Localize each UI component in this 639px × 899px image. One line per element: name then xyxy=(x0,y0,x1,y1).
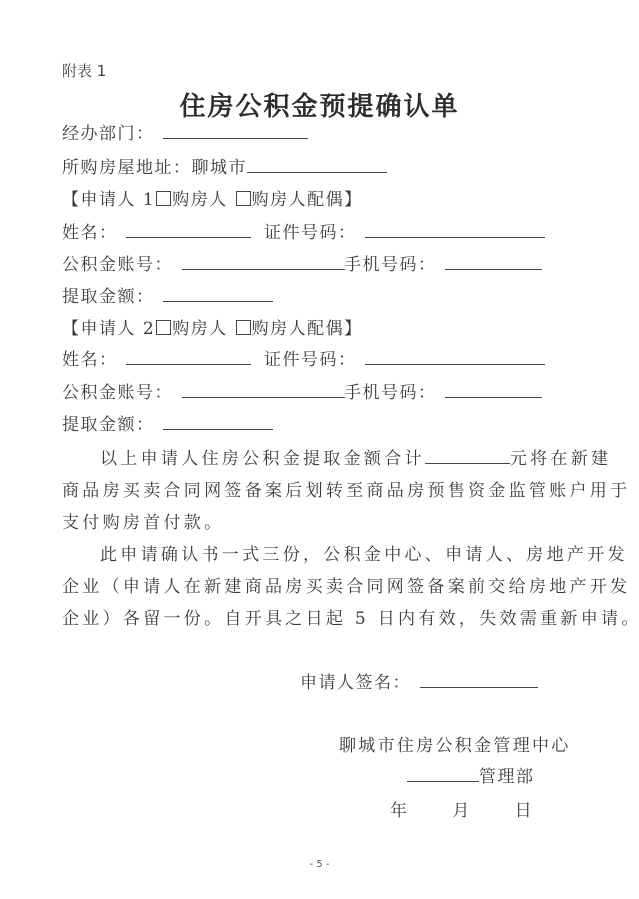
name-field-2[interactable] xyxy=(126,350,251,365)
applicant-1-id-row: 证件号码： xyxy=(264,223,547,243)
applicant-2-id-row: 证件号码： xyxy=(264,350,547,370)
applicant-1-account-row: 公积金账号： xyxy=(62,255,347,275)
name-field-1[interactable] xyxy=(126,223,251,238)
issuer-center: 聊城市住房公积金管理中心 xyxy=(339,736,571,756)
paragraph-validity-line2: 企业（申请人在新建商品房买卖合同网签备案前交给房地产开发 xyxy=(62,571,582,603)
signature-field[interactable] xyxy=(420,673,538,688)
paragraph-transfer-line1: 以上申请人住房公积金提取金额合计元将在新建 xyxy=(62,443,582,475)
paragraph-transfer-line2: 商品房买卖合同网签备案后划转至商品房预售资金监管账户用于 xyxy=(62,475,582,507)
paragraph-validity-line1: 此申请确认书一式三份，公积金中心、申请人、房地产开发 xyxy=(62,539,582,571)
applicant-2-header-close: 】 xyxy=(344,319,363,339)
applicant-1-header-open: 【申请人 1 xyxy=(62,190,155,210)
amount-label-2: 提取金额： xyxy=(62,415,155,435)
month-label: 月 xyxy=(452,801,471,821)
date-row: 年 月 日 xyxy=(390,801,533,821)
name-label-2: 姓名： xyxy=(62,350,118,370)
page-number: - 5 - xyxy=(0,859,639,870)
amount-field-1[interactable] xyxy=(163,287,273,302)
phone-label-2: 手机号码： xyxy=(344,383,437,403)
applicant-1-header: 【申请人 1购房人 购房人配偶】 xyxy=(62,190,363,210)
amount-field-2[interactable] xyxy=(163,415,273,430)
dept-suffix: 管理部 xyxy=(479,767,535,787)
applicant-2-account-row: 公积金账号： xyxy=(62,383,347,403)
applicant-1-amount-row: 提取金额： xyxy=(62,287,275,307)
annex-label: 附表 1 xyxy=(62,60,106,81)
department-field[interactable] xyxy=(163,124,308,139)
spouse-checkbox-1[interactable] xyxy=(236,191,251,206)
id-label-1: 证件号码： xyxy=(264,223,357,243)
buyer-checkbox-2[interactable] xyxy=(156,320,171,335)
year-label: 年 xyxy=(390,801,409,821)
amount-label-1: 提取金额： xyxy=(62,287,155,307)
applicant-1-header-close: 】 xyxy=(344,190,363,210)
account-label-1: 公积金账号： xyxy=(62,255,173,275)
buyer-option-label-1: 购房人 xyxy=(172,190,228,210)
id-field-2[interactable] xyxy=(365,350,545,365)
id-field-1[interactable] xyxy=(365,223,545,238)
applicant-1-name-row: 姓名： xyxy=(62,223,253,243)
day-label: 日 xyxy=(515,801,534,821)
address-label: 所购房屋地址： xyxy=(62,158,192,178)
buyer-checkbox-1[interactable] xyxy=(156,191,171,206)
total-label: 以上申请人住房公积金提取金额合计 xyxy=(100,449,425,469)
paragraph-transfer: 以上申请人住房公积金提取金额合计元将在新建 商品房买卖合同网签备案后划转至商品房… xyxy=(62,443,582,539)
page-title: 住房公积金预提确认单 xyxy=(0,86,639,123)
total-amount-field[interactable] xyxy=(425,449,510,464)
phone-field-1[interactable] xyxy=(445,255,542,270)
dept-field[interactable] xyxy=(407,767,479,782)
address-prefix: 聊城市 xyxy=(192,158,248,178)
applicant-2-name-row: 姓名： xyxy=(62,350,253,370)
issuer-dept-row: 管理部 xyxy=(407,767,535,787)
account-field-1[interactable] xyxy=(182,255,345,270)
phone-field-2[interactable] xyxy=(445,383,542,398)
spouse-option-label-1: 购房人配偶 xyxy=(252,190,345,210)
department-row: 经办部门： xyxy=(62,124,310,144)
signature-label: 申请人签名： xyxy=(300,673,411,693)
address-field[interactable] xyxy=(247,158,387,173)
paragraph-validity: 此申请确认书一式三份，公积金中心、申请人、房地产开发 企业（申请人在新建商品房买… xyxy=(62,539,582,635)
spouse-option-label-2: 购房人配偶 xyxy=(252,319,345,339)
id-label-2: 证件号码： xyxy=(264,350,357,370)
spouse-checkbox-2[interactable] xyxy=(236,320,251,335)
total-suffix: 元将在新建 xyxy=(510,449,612,469)
name-label-1: 姓名： xyxy=(62,223,118,243)
paragraph-transfer-line3: 支付购房首付款。 xyxy=(62,507,582,539)
address-row: 所购房屋地址：聊城市 xyxy=(62,158,389,178)
signature-row: 申请人签名： xyxy=(300,673,540,693)
applicant-2-phone-row: 手机号码： xyxy=(344,383,544,403)
phone-label-1: 手机号码： xyxy=(344,255,437,275)
account-field-2[interactable] xyxy=(182,383,345,398)
paragraph-validity-line3: 企业）各留一份。自开具之日起 5 日内有效，失效需重新申请。 xyxy=(62,603,582,635)
applicant-1-phone-row: 手机号码： xyxy=(344,255,544,275)
applicant-2-amount-row: 提取金额： xyxy=(62,415,275,435)
account-label-2: 公积金账号： xyxy=(62,383,173,403)
department-label: 经办部门： xyxy=(62,124,155,144)
applicant-2-header-open: 【申请人 2 xyxy=(62,319,155,339)
buyer-option-label-2: 购房人 xyxy=(172,319,228,339)
applicant-2-header: 【申请人 2购房人 购房人配偶】 xyxy=(62,319,363,339)
